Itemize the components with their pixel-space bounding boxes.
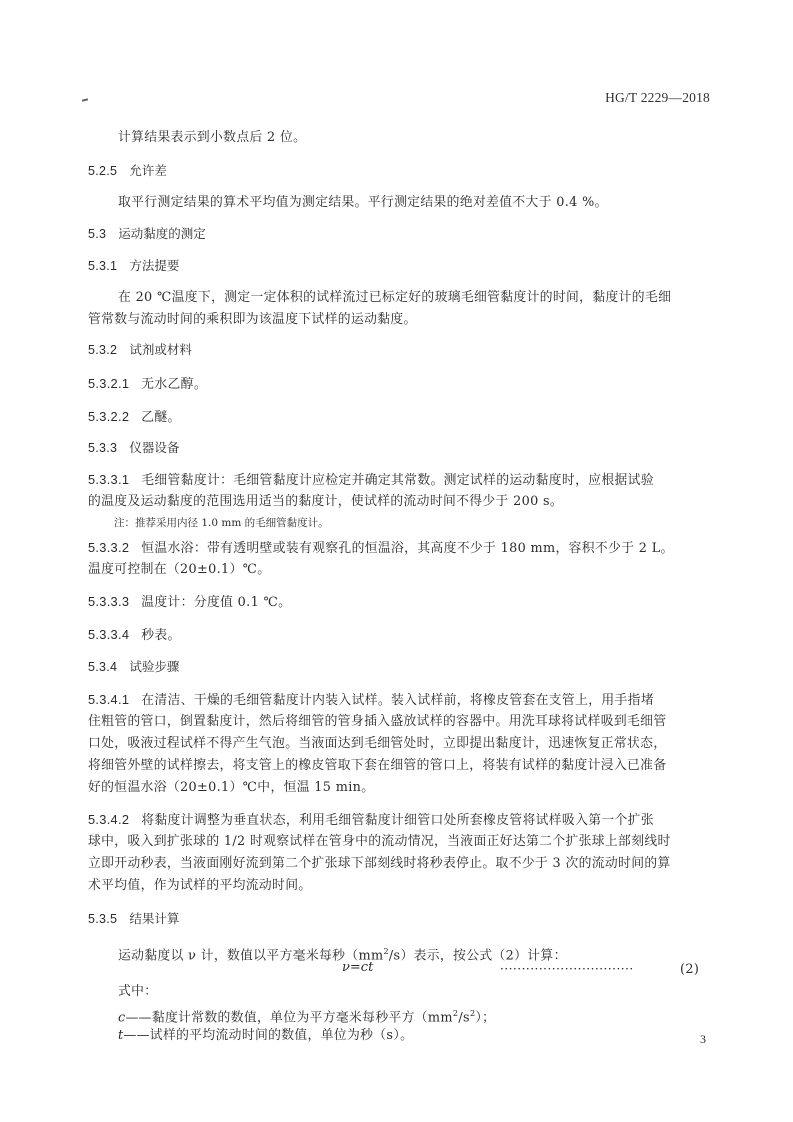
where-label: 式中： [118,982,157,1002]
paragraph: 的温度及运动黏度的范围选用适当的黏度计，使试样的流动时间不得少于 200 s。 [88,492,563,512]
item-5-3-2-2: 5.3.2.2乙醚。 [88,407,181,428]
paragraph: 术平均值，作为试样的平均流动时间。 [88,876,312,896]
section-heading-5-2-5: 5.2.5允许差 [88,161,167,181]
paragraph: 管常数与流动时间的乘积即为该温度下试样的运动黏度。 [88,310,417,330]
item-5-3-2-1: 5.3.2.1无水乙醇。 [88,374,207,395]
section-heading-5-3-1: 5.3.1方法提要 [88,256,179,276]
standard-code: HG/T 2229—2018 [588,90,710,106]
section-heading-5-3-5: 5.3.5结果计算 [88,909,179,929]
paragraph: 取平行测定结果的算术平均值为测定结果。平行测定结果的绝对差值不大于 0.4 %。 [118,193,608,213]
item-5-3-3-1: 5.3.3.1毛细管黏度计：毛细管黏度计应检定并确定其常数。测定试样的运动黏度时… [88,470,654,491]
item-5-3-4-1: 5.3.4.1在清洁、干燥的毛细管黏度计内装入试样。装入试样前，将橡皮管套在支管… [88,690,654,711]
paragraph: 计算结果表示到小数点后 2 位。 [118,128,306,148]
paragraph: 将细管外壁的试样擦去，将支管上的橡皮管取下套在细管的管口上，将装有试样的黏度计浸… [88,756,666,776]
paragraph: 住粗管的管口，倒置黏度计，然后将细管的管身插入盛放试样的容器中。用洗耳球将试样吸… [88,712,666,732]
paragraph: 好的恒温水浴（20±0.1）℃中，恒温 15 min。 [88,778,374,798]
formula-leader-dots: ······························· [500,962,634,976]
paragraph: 口处，吸液过程试样不得产生气泡。当液面达到毛细管处时，立即提出黏度计，迅速恢复正… [88,734,666,754]
paragraph: 温度可控制在（20±0.1）℃。 [88,560,270,580]
section-heading-5-3: 5.3运动黏度的测定 [88,224,206,244]
definition-c: c——黏度计常数的数值，单位为平方毫米每秒平方（mm2/s2）； [118,1004,495,1028]
section-heading-5-3-3: 5.3.3仪器设备 [88,438,179,458]
formula-number: (2) [680,960,699,980]
item-5-3-3-2: 5.3.3.2恒温水浴：带有透明壁或装有观察孔的恒温浴，其高度不少于 180 m… [88,538,674,559]
item-5-3-4-2: 5.3.4.2将黏度计调整为垂直状态，利用毛细管黏度计细管口处所套橡皮管将试样吸… [88,810,654,831]
section-heading-5-3-2: 5.3.2试剂或材料 [88,340,192,360]
paragraph: 立即开动秒表，当液面刚好流到第二个扩张球下部刻线时将秒表停止。取不少于 3 次的… [88,854,671,874]
paragraph: 球中，吸入到扩张球的 1/2 时观察试样在管身中的流动情况，当液面正好达第二个扩… [88,832,671,852]
item-5-3-3-4: 5.3.3.4秒表。 [88,625,181,646]
paragraph: 在 20 ℃温度下，测定一定体积的试样流过已标定好的玻璃毛细管黏度计的时间，黏度… [118,288,671,308]
definition-t: t——试样的平均流动时间的数值，单位为秒（s）。 [118,1026,413,1046]
section-heading-5-3-4: 5.3.4试验步骤 [88,657,179,677]
note: 注：推荐采用内径 1.0 mm 的毛细管黏度计。 [114,513,329,533]
page-number: 3 [700,1032,706,1047]
item-5-3-3-3: 5.3.3.3温度计：分度值 0.1 ℃。 [88,592,291,613]
scan-mark [82,98,88,101]
formula: ν=ct [342,960,373,975]
